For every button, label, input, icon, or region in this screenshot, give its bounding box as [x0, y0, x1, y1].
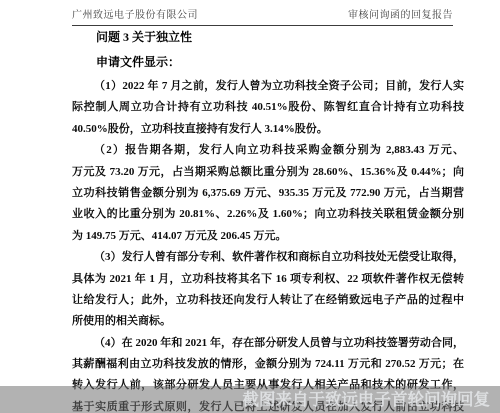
document-page: 广州致远电子股份有限公司 审核问询函的回复报告 问题 3 关于独立性 申请文件显… [0, 0, 500, 413]
paragraph-line: 40.50%股份，立功科技直接持有发行人 3.14%股份。 [72, 119, 464, 140]
paragraph-line: 际控制人周立功合计持有立功科技 40.51%股份、陈智红直合计持有立功科技 [72, 97, 464, 118]
paragraph: （1）2022 年 7 月之前，发行人曾为立功科技全资子公司；目前，发行人实际控… [72, 76, 464, 140]
document-content: 问题 3 关于独立性 申请文件显示： （1）2022 年 7 月之前，发行人曾为… [72, 0, 464, 413]
paragraph-line: 为 149.75 万元、414.07 万元及 206.45 万元。 [72, 226, 464, 247]
paragraph-line: （2）报告期各期，发行人向立功科技采购金额分别为 2,883.43 万元、2,7… [72, 140, 464, 161]
paragraph-line: （4）在 2020 年和 2021 年，存在部分研发人员曾与立功科技签署劳动合同… [72, 333, 464, 354]
paragraph-line: （1）2022 年 7 月之前，发行人曾为立功科技全资子公司；目前，发行人实 [72, 76, 464, 97]
paragraph: （2）报告期各期，发行人向立功科技采购金额分别为 2,883.43 万元、2,7… [72, 140, 464, 247]
watermark-text: 截图来自于致远电子首轮问询回复 [243, 386, 491, 410]
intro-line: 申请文件显示： [72, 56, 464, 69]
question-title: 问题 3 关于独立性 [72, 0, 464, 44]
document-body: （1）2022 年 7 月之前，发行人曾为立功科技全资子公司；目前，发行人实际控… [72, 76, 464, 413]
paragraph-line: 让给发行人；此外，立功科技还向发行人转让了在经销致远电子产品的过程中 [72, 290, 464, 311]
paragraph-line: 立功科技销售金额分别为 6,375.69 万元、935.35 万元及 772.9… [72, 183, 464, 204]
paragraph-line: 其薪酬福利由立功科技发放的情形，金额分别为 724.11 万元和 270.52 … [72, 354, 464, 375]
paragraph: （3）发行人曾有部分专利、软件著作权和商标自立功科技处无偿受让取得，具体为 20… [72, 247, 464, 333]
paragraph-line: 业收入的比重分别为 20.81%、2.26%及 1.60%；向立功科技关联租赁金… [72, 204, 464, 225]
paragraph-line: 所使用的相关商标。 [72, 311, 464, 332]
paragraph-line: 具体为 2021 年 1 月，立功科技将其名下 16 项专利权、22 项软件著作… [72, 269, 464, 290]
paragraph-line: 万元及 73.20 万元，占当期采购总额比重分别为 28.60%、15.36%及… [72, 162, 464, 183]
paragraph-line: （3）发行人曾有部分专利、软件著作权和商标自立功科技处无偿受让取得， [72, 247, 464, 268]
